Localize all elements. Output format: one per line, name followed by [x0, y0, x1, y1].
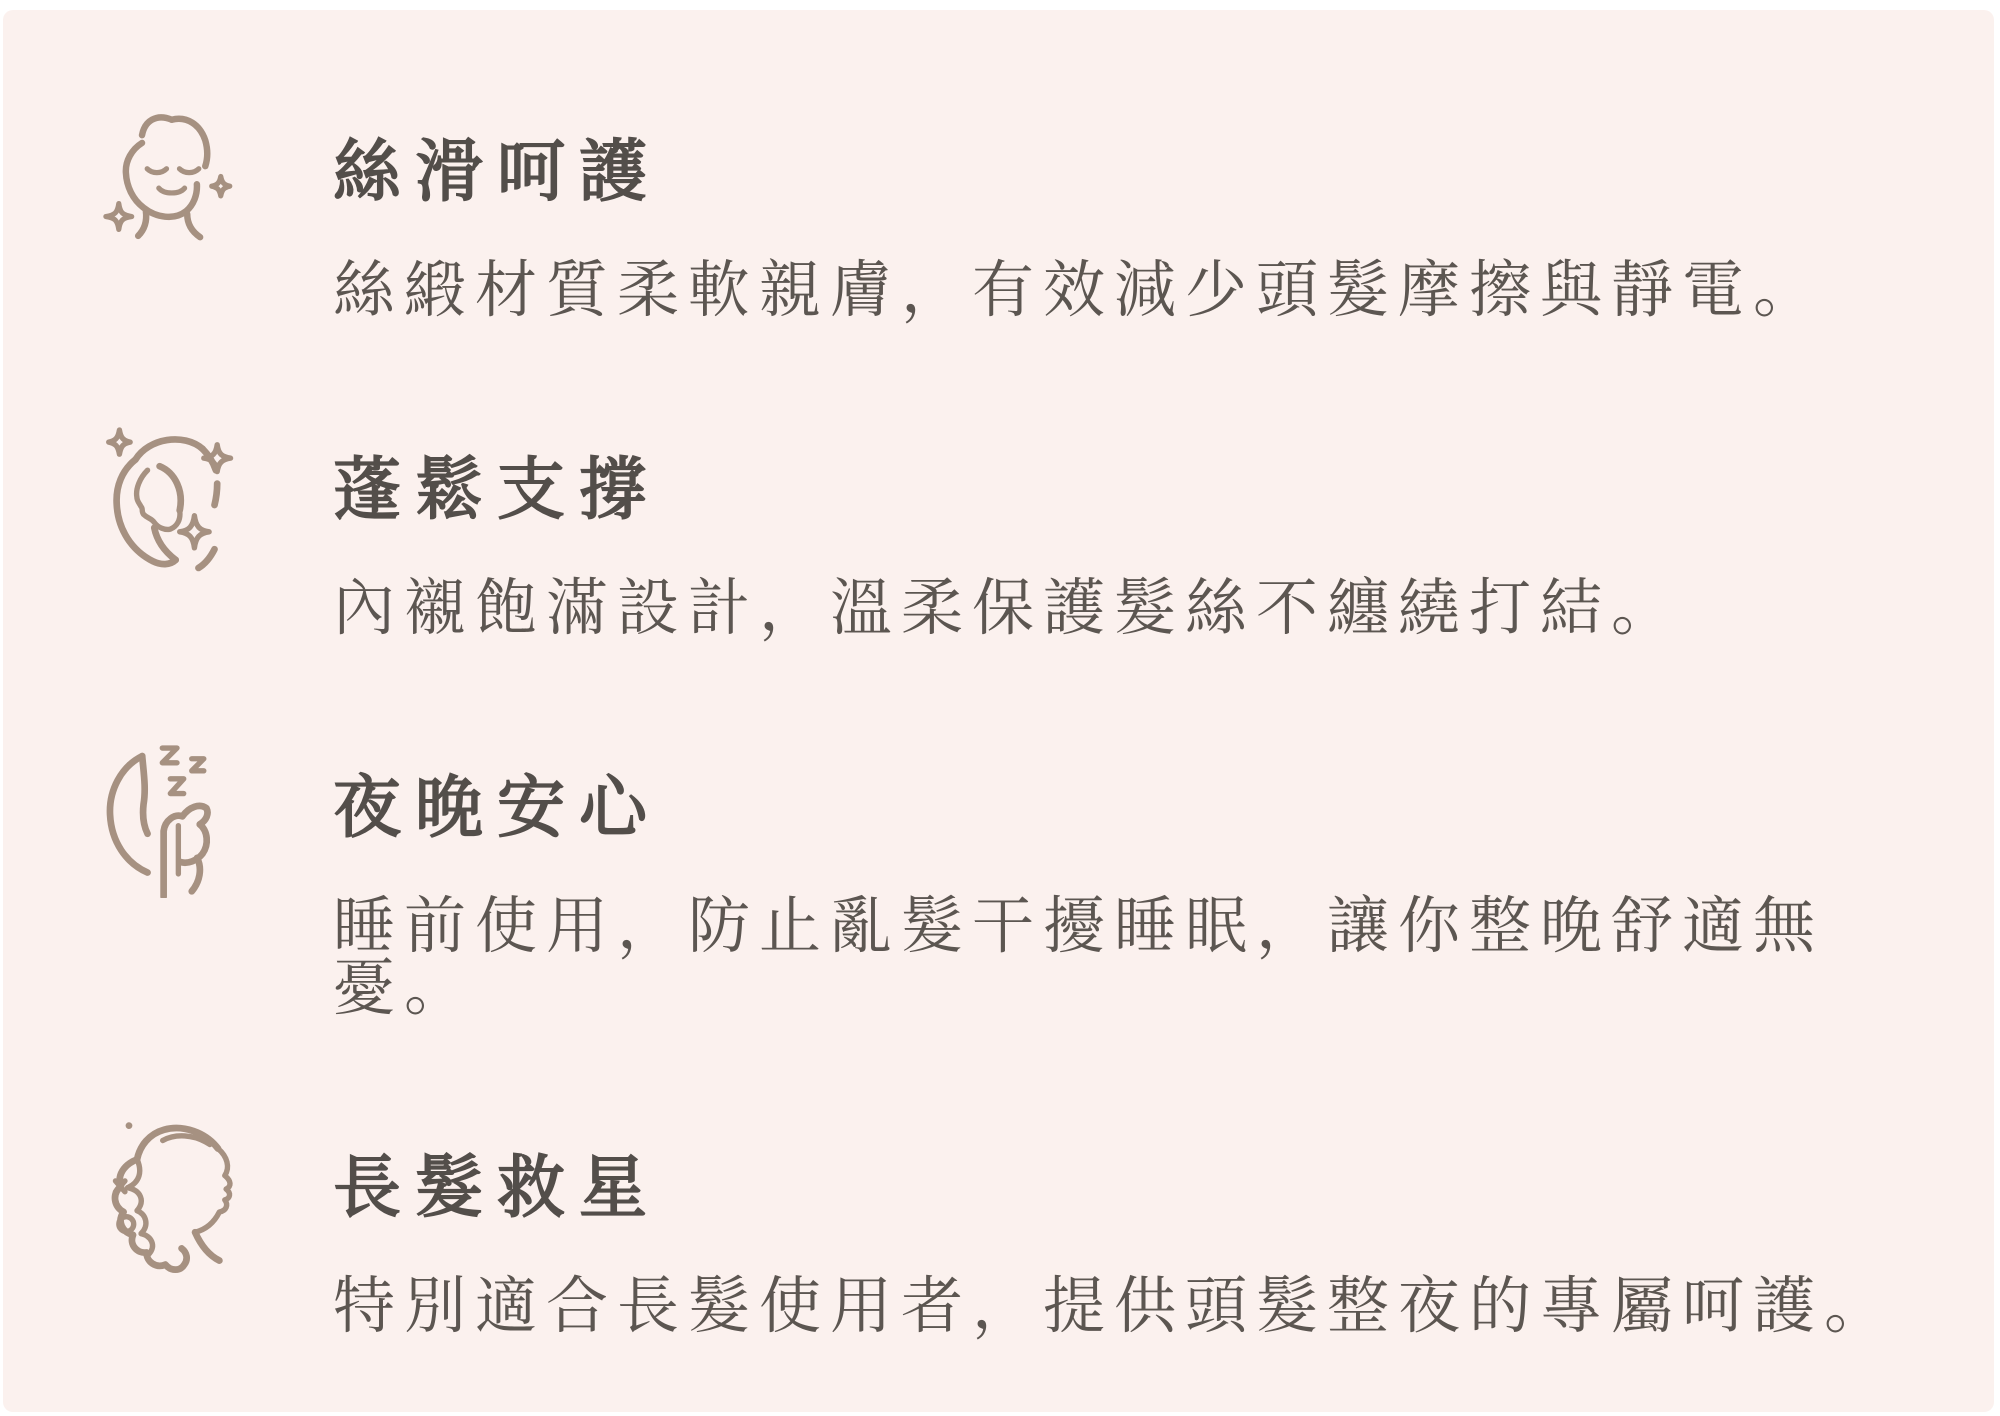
feature-text: 長髮救星 特別適合長髮使用者，提供頭髮整夜的專屬呵護。: [333, 1120, 1895, 1338]
feature-row-long-hair-savior: 長髮救星 特別適合長髮使用者，提供頭髮整夜的專屬呵護。: [97, 1120, 1954, 1338]
feature-row-fluffy-support: 蓬鬆支撐 內襯飽滿設計，溫柔保護髮絲不纏繞打結。: [97, 422, 1954, 640]
woman-flowing-hair-sparkles-icon: [97, 422, 249, 602]
feature-panel: 絲滑呵護 絲緞材質柔軟親膚，有效減少頭髮摩擦與靜電。: [3, 10, 1994, 1412]
feature-description: 睡前使用，防止亂髮干擾睡眠，讓你整晚舒適無憂。: [333, 896, 1954, 1020]
feature-row-silky-care: 絲滑呵護 絲緞材質柔軟親膚，有效減少頭髮摩擦與靜電。: [97, 104, 1954, 322]
feature-description: 絲緞材質柔軟親膚，有效減少頭髮摩擦與靜電。: [333, 260, 1824, 322]
woman-braided-hair-icon: [97, 1120, 249, 1300]
feature-text: 夜晚安心 睡前使用，防止亂髮干擾睡眠，讓你整晚舒適無憂。: [333, 740, 1954, 1020]
feature-description: 特別適合長髮使用者，提供頭髮整夜的專屬呵護。: [333, 1276, 1895, 1338]
feature-title: 長髮救星: [333, 1154, 1895, 1222]
crescent-moon-zzz-icon: [97, 740, 249, 920]
feature-title: 夜晚安心: [333, 774, 1954, 842]
feature-description: 內襯飽滿設計，溫柔保護髮絲不纏繞打結。: [333, 578, 1682, 640]
feature-title: 絲滑呵護: [333, 138, 1824, 206]
feature-text: 蓬鬆支撐 內襯飽滿設計，溫柔保護髮絲不纏繞打結。: [333, 422, 1682, 640]
feature-list: 絲滑呵護 絲緞材質柔軟親膚，有效減少頭髮摩擦與靜電。: [3, 10, 1994, 1338]
smiling-face-sparkles-icon: [97, 104, 249, 284]
feature-title: 蓬鬆支撐: [333, 456, 1682, 524]
feature-text: 絲滑呵護 絲緞材質柔軟親膚，有效減少頭髮摩擦與靜電。: [333, 104, 1824, 322]
feature-row-night-peace: 夜晚安心 睡前使用，防止亂髮干擾睡眠，讓你整晚舒適無憂。: [97, 740, 1954, 1020]
